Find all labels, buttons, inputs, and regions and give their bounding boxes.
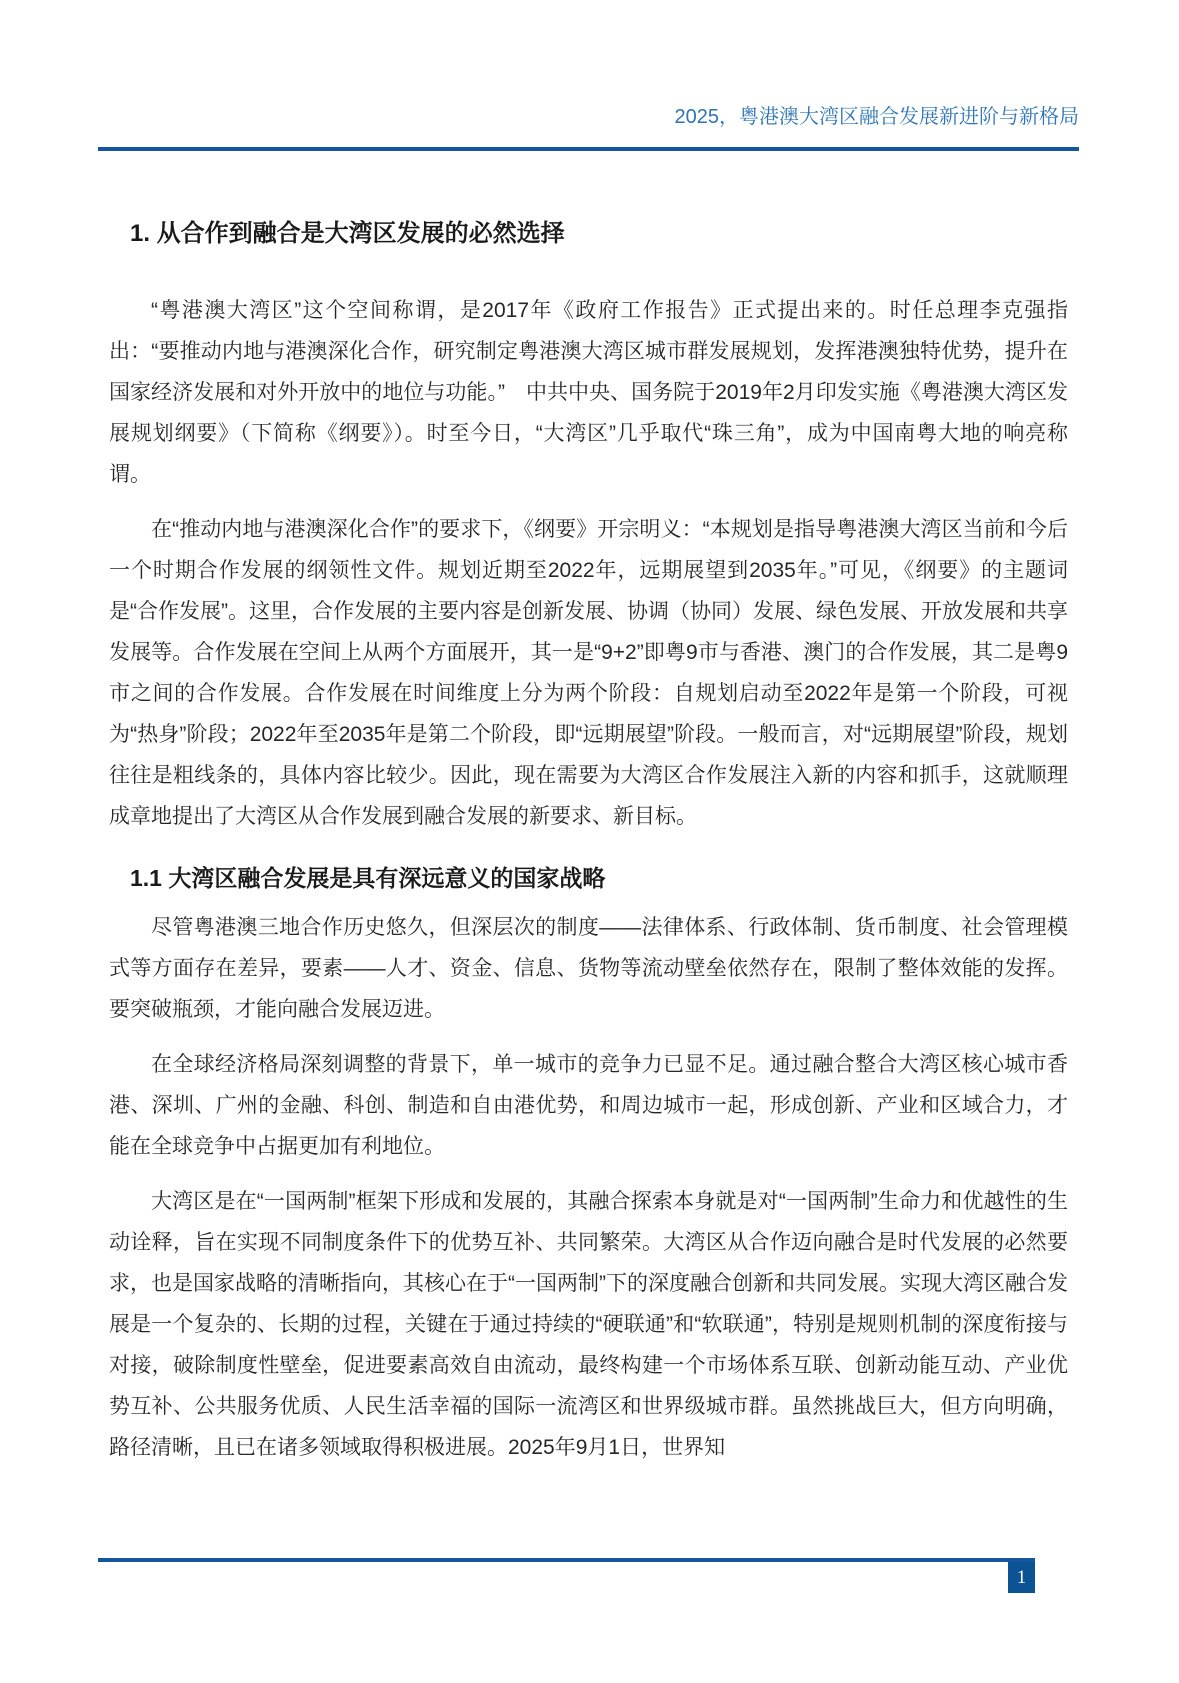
paragraph: 大湾区是在“一国两制”框架下形成和发展的，其融合探索本身就是对“一国两制”生命力…	[109, 1181, 1068, 1468]
header-rule	[98, 147, 1079, 151]
document-page: 2025，粤港澳大湾区融合发展新进阶与新格局 1. 从合作到融合是大湾区发展的必…	[0, 0, 1179, 1683]
paragraph: 在全球经济格局深刻调整的背景下，单一城市的竞争力已显不足。通过融合整合大湾区核心…	[109, 1044, 1068, 1167]
paragraph: 在“推动内地与港澳深化合作”的要求下，《纲要》开宗明义：“本规划是指导粤港澳大湾…	[109, 509, 1068, 837]
subsection-heading-1-1: 1.1 大湾区融合发展是具有深远意义的国家战略	[109, 863, 1068, 893]
page-number-badge: 1	[1008, 1562, 1035, 1593]
paragraph: 尽管粤港澳三地合作历史悠久，但深层次的制度——法律体系、行政体制、货币制度、社会…	[109, 907, 1068, 1030]
paragraph: “粤港澳大湾区”这个空间称谓，是2017年《政府工作报告》正式提出来的。时任总理…	[109, 290, 1068, 495]
document-body: 1. 从合作到融合是大湾区发展的必然选择 “粤港澳大湾区”这个空间称谓，是201…	[109, 218, 1068, 1468]
section-heading-1: 1. 从合作到融合是大湾区发展的必然选择	[109, 218, 1068, 250]
page-header-title: 2025，粤港澳大湾区融合发展新进阶与新格局	[98, 103, 1079, 131]
footer-rule	[98, 1558, 1035, 1562]
